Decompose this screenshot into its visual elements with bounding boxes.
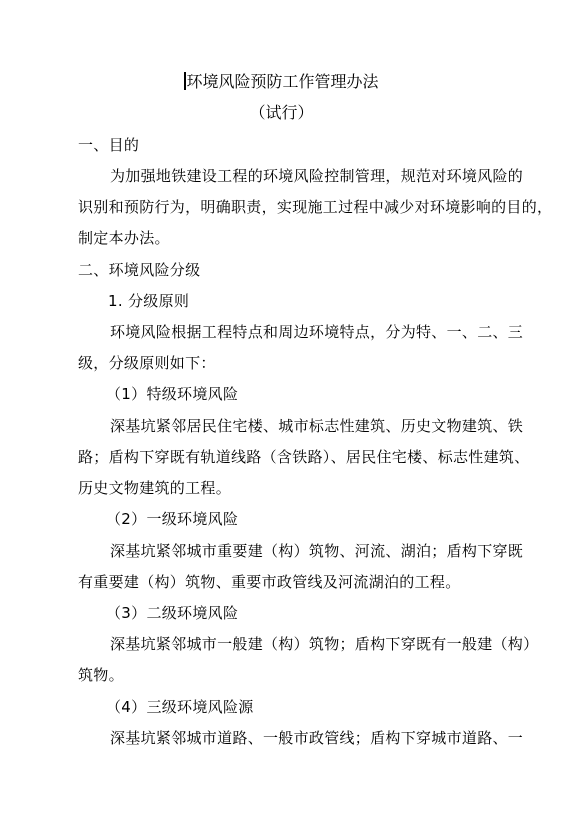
- paragraph-line: 筑物。: [78, 665, 498, 685]
- paragraph-line: 历史文物建筑的工程。: [78, 478, 498, 498]
- document-title: 环境风险预防工作管理办法: [0, 71, 563, 93]
- paragraph-line: 深基坑紧邻居民住宅楼、城市标志性建筑、历史文物建筑、铁: [110, 416, 492, 436]
- paragraph-line: 深基坑紧邻城市一般建（构）筑物；盾构下穿既有一般建（构）: [110, 634, 492, 654]
- paragraph-line: 路；盾构下穿既有轨道线路（含铁路）、居民住宅楼、标志性建筑、: [78, 447, 492, 467]
- paragraph-line: 制定本办法。: [78, 228, 498, 248]
- document-page: 环境风险预防工作管理办法 （试行） 一、目的 为加强地铁建设工程的环境风险控制管…: [0, 0, 563, 814]
- paragraph-line: 识别和预防行为，明确职责，实现施工过程中减少对环境影响的目的，: [78, 197, 492, 217]
- paragraph-line: 深基坑紧邻城市重要建（构）筑物、河流、湖泊；盾构下穿既: [110, 541, 492, 561]
- subheading-principles: 1. 分级原则: [108, 291, 528, 311]
- paragraph-line: 级，分级原则如下：: [78, 353, 498, 373]
- level-label-first: （2）一级环境风险: [106, 509, 526, 529]
- title-text: 环境风险预防工作管理办法: [186, 72, 378, 91]
- section-heading-classification: 二、环境风险分级: [78, 260, 498, 280]
- paragraph-line: 深基坑紧邻城市道路、一般市政管线；盾构下穿城市道路、一: [110, 728, 492, 748]
- paragraph-line: 有重要建（构）筑物、重要市政管线及河流湖泊的工程。: [78, 572, 498, 592]
- document-subtitle: （试行）: [0, 102, 563, 124]
- level-label-third: （4）三级环境风险源: [106, 697, 526, 717]
- level-label-second: （3）二级环境风险: [106, 603, 526, 623]
- section-heading-purpose: 一、目的: [78, 135, 498, 155]
- level-label-special: （1）特级环境风险: [106, 384, 526, 404]
- paragraph-line: 为加强地铁建设工程的环境风险控制管理，规范对环境风险的: [110, 166, 492, 186]
- paragraph-line: 环境风险根据工程特点和周边环境特点，分为特、一、二、三: [110, 322, 492, 342]
